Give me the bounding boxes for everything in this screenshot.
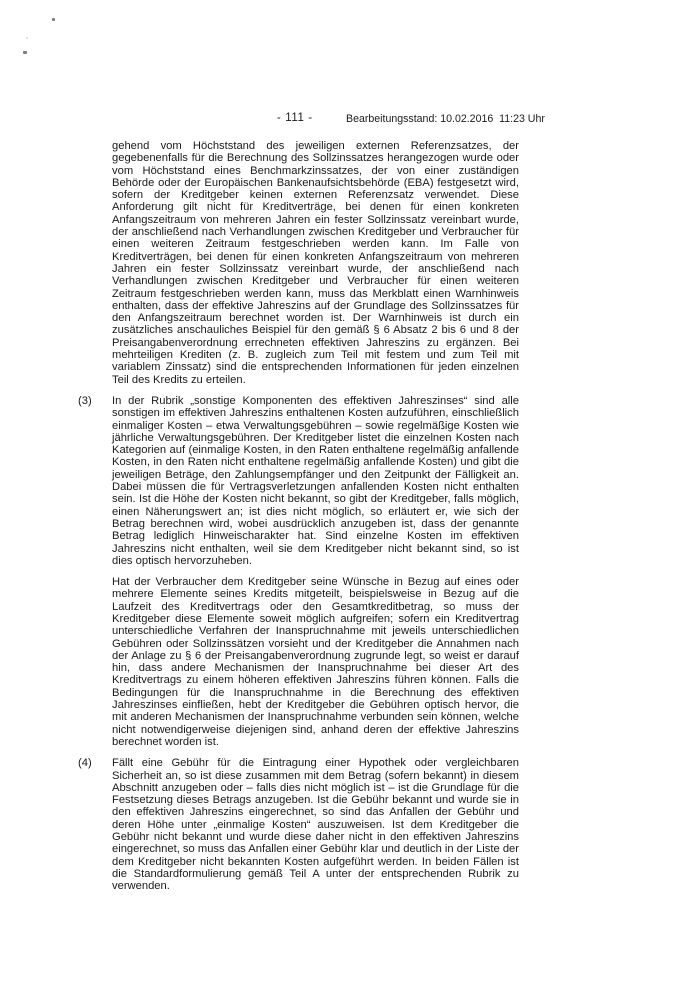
paragraph-text: In der Rubrik „sonstige Komponenten des …: [112, 395, 519, 567]
paragraph: (3) In der Rubrik „sonstige Komponenten …: [78, 395, 519, 567]
paragraph-text: gehend vom Höchststand des jeweiligen ex…: [112, 140, 519, 386]
paragraph: gehend vom Höchststand des jeweiligen ex…: [78, 140, 519, 386]
document-page: - 111 - Bearbeitungsstand: 10.02.2016 11…: [0, 0, 700, 983]
document-body: gehend vom Höchststand des jeweiligen ex…: [78, 140, 519, 902]
paragraph: (4) Fällt eine Gebühr für die Eintragung…: [78, 757, 519, 892]
scan-artifact-dot: [23, 51, 27, 54]
paragraph-text: Hat der Verbraucher dem Kreditgeber sein…: [112, 576, 519, 748]
paragraph-marker: [78, 140, 112, 386]
scan-artifact-dot: [26, 37, 28, 39]
paragraph-marker: (3): [78, 395, 112, 567]
paragraph-marker: (4): [78, 757, 112, 892]
page-number: - 111 -: [277, 112, 313, 124]
paragraph-text: Fällt eine Gebühr für die Eintragung ein…: [112, 757, 519, 892]
paragraph: Hat der Verbraucher dem Kreditgeber sein…: [78, 576, 519, 748]
paragraph-marker: [78, 576, 112, 748]
scan-artifact-dot: [52, 18, 55, 21]
edit-status-label: Bearbeitungsstand: 10.02.2016 11:23 Uhr: [346, 113, 545, 125]
